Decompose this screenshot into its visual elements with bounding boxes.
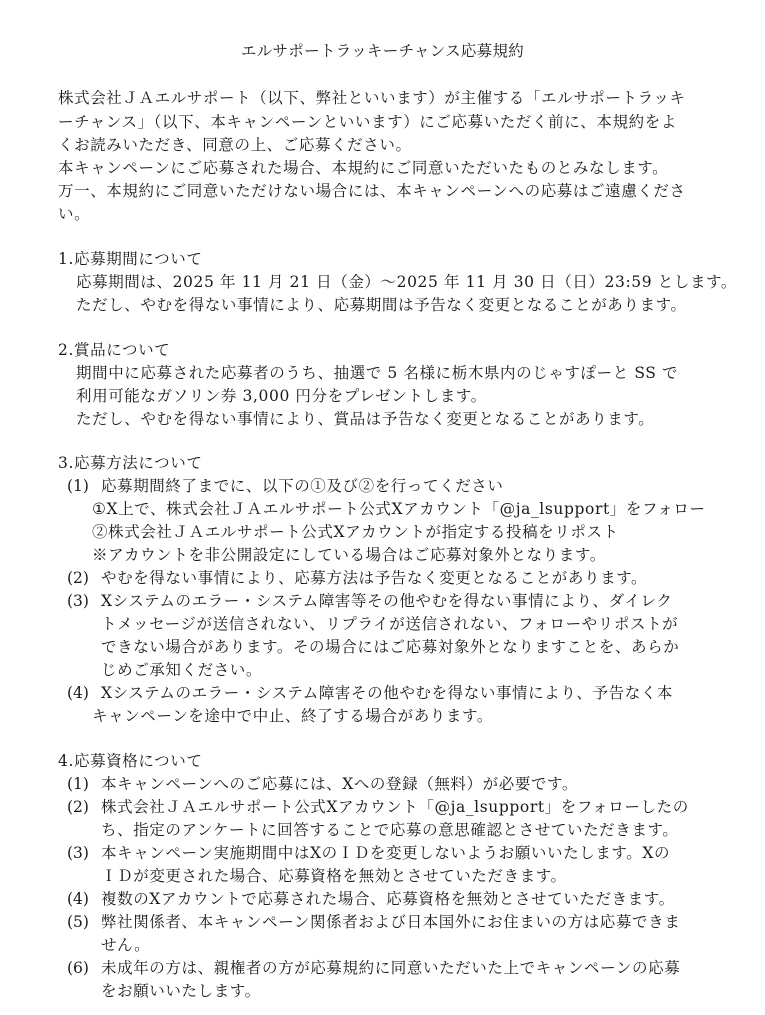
- item-line: やむを得ない事情により、応募方法は予告なく変更となることがあります。: [101, 567, 647, 589]
- item-line: Xシステムのエラー・システム障害その他やむを得ない事情により、予告なく本: [101, 682, 673, 704]
- item-line: できない場合があります。その場合にはご応募対象外となりますことを、あらか: [101, 636, 679, 658]
- terms-document-page: エルサポートラッキーチャンス応募規約 株式会社ＪＡエルサポート（以下、弊社といい…: [0, 0, 765, 1015]
- section-line: ただし、やむを得ない事情により、賞品は予告なく変更となることがあります。: [76, 408, 654, 430]
- intro-line: 本キャンペーンにご応募された場合、本規約にご同意いただいたものとみなします。: [58, 157, 668, 179]
- item-marker: (1): [67, 773, 89, 795]
- item-marker: (5): [67, 911, 89, 933]
- section-heading: 1.応募期間について: [58, 248, 202, 270]
- item-line: じめご承知ください。: [101, 659, 262, 681]
- item-line: 複数のXアカウントで応募された場合、応募資格を無効とさせていただきます。: [101, 888, 675, 910]
- item-line: 未成年の方は、親権者の方が応募規約に同意いただいた上でキャンペーンの応募: [101, 957, 680, 979]
- section-heading: 3.応募方法について: [58, 452, 202, 474]
- item-line: 応募期間終了までに、以下の①及び②を行ってください: [101, 475, 504, 497]
- section-line: ただし、やむを得ない事情により、応募期間は予告なく変更となることがあります。: [76, 294, 687, 316]
- item-line: キャンペーンを途中で中止、終了する場合があります。: [92, 705, 493, 727]
- intro-line: くお読みいただき、同意の上、ご応募ください。: [58, 134, 412, 156]
- item-line: ＩＤが変更された場合、応募資格を無効とさせていただきます。: [101, 865, 567, 887]
- item-line: 株式会社ＪＡエルサポート公式Xアカウント「@ja_lsupport」をフォローし…: [101, 796, 689, 818]
- intro-line: い。: [58, 203, 90, 225]
- intro-line: ーチャンス」（以下、本キャンペーンといいます）にご応募いただく前に、本規約をよ: [58, 111, 677, 133]
- item-marker: (2): [67, 567, 89, 589]
- item-marker: (4): [67, 682, 89, 704]
- item-line: をお願いいたします。: [101, 980, 261, 1002]
- intro-line: 株式会社ＪＡエルサポート（以下、弊社といいます）が主催する「エルサポートラッキ: [58, 87, 686, 109]
- item-line: せん。: [101, 934, 150, 956]
- section-line: 期間中に応募された応募者のうち、抽選で 5 名様に栃木県内のじゃすぽーと SS …: [76, 362, 678, 384]
- item-marker: (4): [67, 888, 89, 910]
- item-line: 弊社関係者、本キャンペーン関係者および日本国外にお住まいの方は応募できま: [101, 911, 680, 933]
- item-line: ち、指定のアンケートに回答することで応募の意思確認とさせていただきます。: [101, 819, 678, 841]
- section-line: 利用可能なガソリン券 3,000 円分をプレゼントします。: [76, 385, 487, 407]
- section-heading: 4.応募資格について: [58, 750, 202, 772]
- sub-item-note: ※アカウントを非公開設定にしている場合はご応募対象外となります。: [92, 544, 606, 566]
- item-line: トメッセージが送信されない、リプライが送信されない、フォローやリポストが: [101, 613, 678, 635]
- item-line: 本キャンペーンへのご応募には、Xへの登録（無料）が必要です。: [101, 773, 578, 795]
- item-marker: (3): [67, 842, 89, 864]
- item-line: Xシステムのエラー・システム障害等その他やむを得ない事情により、ダイレク: [101, 590, 672, 612]
- document-title: エルサポートラッキーチャンス応募規約: [0, 40, 765, 62]
- sub-item-repost: ②株式会社ＪＡエルサポート公式Xアカウントが指定する投稿をリポスト: [92, 521, 619, 543]
- item-marker: (3): [67, 590, 89, 612]
- item-marker: (6): [67, 957, 89, 979]
- item-line: 本キャンペーン実施期間中はXのＩＤを変更しないようお願いいたします。Xの: [101, 842, 670, 864]
- section-heading: 2.賞品について: [58, 339, 170, 361]
- sub-item-follow: ①X上で、株式会社ＪＡエルサポート公式Xアカウント「@ja_lsupport」を…: [92, 498, 706, 520]
- item-marker: (1): [67, 475, 89, 497]
- intro-line: 万一、本規約にご同意いただけない場合には、本キャンペーンへの応募はご遠慮くださ: [58, 180, 686, 202]
- item-marker: (2): [67, 796, 89, 818]
- section-line: 応募期間は、2025 年 11 月 21 日（金）～2025 年 11 月 30…: [76, 271, 737, 293]
